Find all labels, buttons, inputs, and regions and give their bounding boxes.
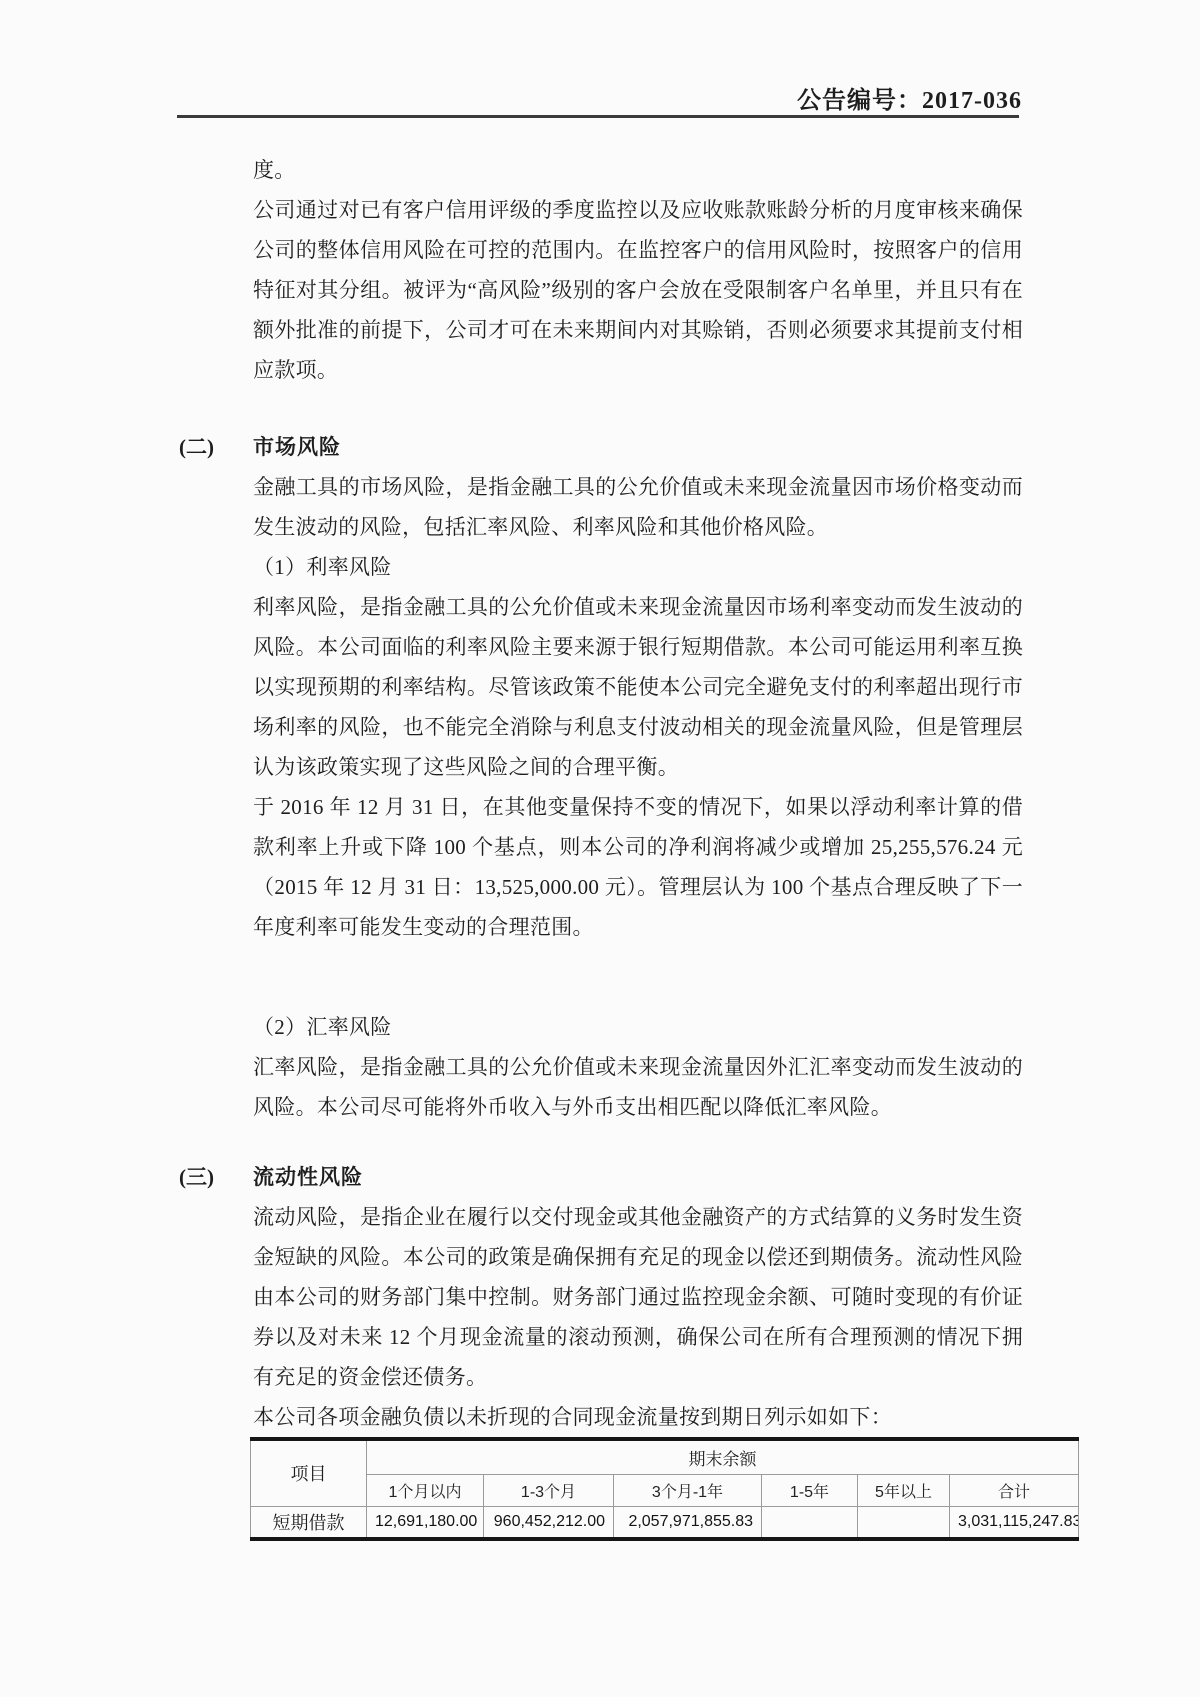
table-header-total: 合计: [950, 1474, 1079, 1506]
section-market-title: 市场风险: [253, 435, 341, 459]
section-liquidity-title: 流动性风险: [253, 1165, 363, 1189]
continuation-line: 度。: [253, 150, 1023, 190]
table-header-3-months-1-year: 3个月-1年: [614, 1474, 762, 1506]
value-over-5-years: [858, 1506, 950, 1539]
interest-risk-paragraph-2: 于 2016 年 12 月 31 日，在其他变量保持不变的情况下，如果以浮动利率…: [253, 787, 1023, 947]
market-risk-intro: 金融工具的市场风险，是指金融工具的公允价值或未来现金流量因市场价格变动而发生波动…: [253, 467, 1023, 547]
table-group-header-row: 项目 期末余额: [251, 1439, 1079, 1474]
currency-risk-subheading: （2）汇率风险: [253, 1007, 1023, 1047]
value-1-3-months: 960,452,212.00: [484, 1506, 614, 1539]
section-market-number: (二): [179, 427, 253, 467]
currency-risk-paragraph: 汇率风险，是指金融工具的公允价值或未来现金流量因外汇汇率变动而发生波动的风险。本…: [253, 1047, 1023, 1127]
document-page: 公告编号：2017-036 度。 公司通过对已有客户信用评级的季度监控以及应收账…: [0, 0, 1200, 1697]
maturity-table: 项目 期末余额 1个月以内 1-3个月 3个月-1年 1-5年 5年以上 合计 …: [250, 1437, 1079, 1541]
doc-number: 公告编号：2017-036: [0, 80, 1022, 115]
table-intro-line: 本公司各项金融负债以未折现的合同现金流量按到期日列示如如下：: [253, 1397, 1023, 1437]
liquidity-risk-paragraph: 流动风险，是指企业在履行以交付现金或其他金融资产的方式结算的义务时发生资金短缺的…: [253, 1197, 1023, 1397]
table-row-short-term-borrowings: 短期借款 12,691,180.00 960,452,212.00 2,057,…: [251, 1506, 1079, 1539]
table-column-header-row: 1个月以内 1-3个月 3个月-1年 1-5年 5年以上 合计: [251, 1474, 1079, 1506]
table-header-ending-balance: 期末余额: [367, 1439, 1079, 1474]
value-1-5-years: [762, 1506, 858, 1539]
document-body: 度。 公司通过对已有客户信用评级的季度监控以及应收账款账龄分析的月度审核来确保公…: [253, 150, 1023, 1541]
table-header-item: 项目: [251, 1439, 367, 1506]
value-total: 3,031,115,247.83: [950, 1506, 1079, 1539]
section-market-heading: (二)市场风险: [179, 427, 1023, 467]
table-header-1-5-years: 1-5年: [762, 1474, 858, 1506]
table-header-within-1-month: 1个月以内: [367, 1474, 484, 1506]
header-rule: [177, 115, 1019, 118]
table-header-over-5-years: 5年以上: [858, 1474, 950, 1506]
value-3-months-1-year: 2,057,971,855.83: [614, 1506, 762, 1539]
interest-risk-paragraph-1: 利率风险，是指金融工具的公允价值或未来现金流量因市场利率变动而发生波动的风险。本…: [253, 587, 1023, 787]
table-header-1-3-months: 1-3个月: [484, 1474, 614, 1506]
credit-risk-paragraph: 公司通过对已有客户信用评级的季度监控以及应收账款账龄分析的月度审核来确保公司的整…: [253, 190, 1023, 390]
section-liquidity-number: (三): [179, 1157, 253, 1197]
value-within-1-month: 12,691,180.00: [367, 1506, 484, 1539]
row-label-short-term-borrowings: 短期借款: [251, 1506, 367, 1539]
interest-risk-subheading: （1）利率风险: [253, 547, 1023, 587]
section-liquidity-heading: (三)流动性风险: [179, 1157, 1023, 1197]
